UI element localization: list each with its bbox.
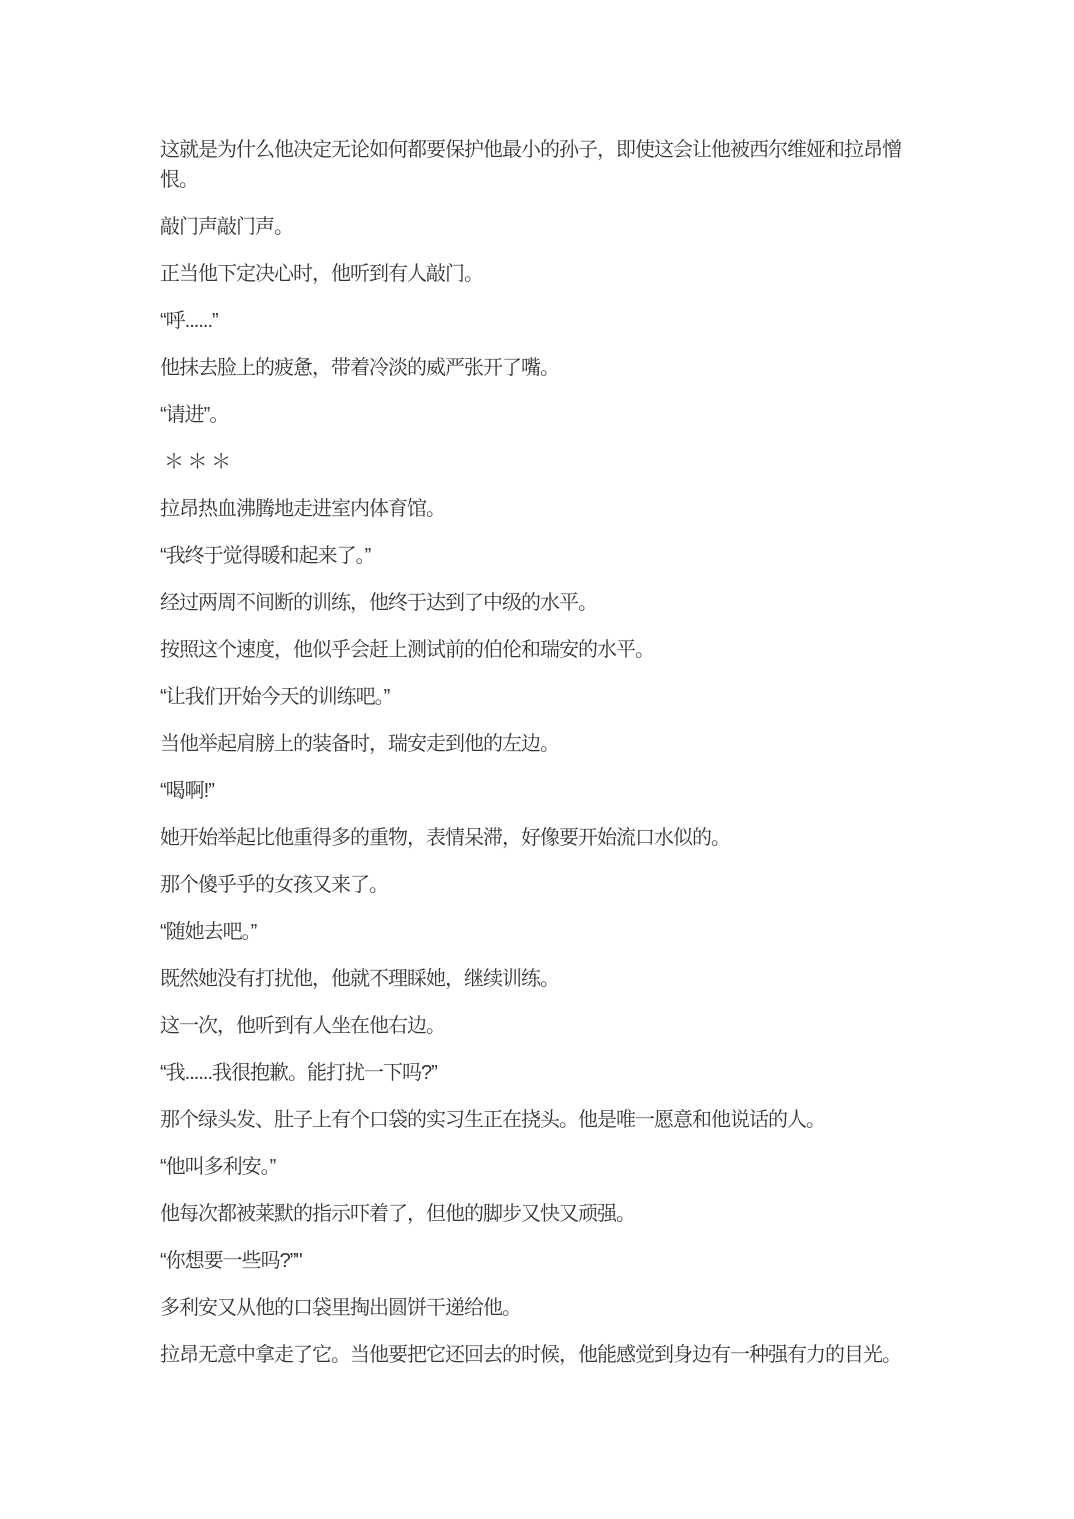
paragraph: 正当他下定决心时，他听到有人敲门。 xyxy=(160,259,926,289)
paragraph: 既然她没有打扰他，他就不理睬她，继续训练。 xyxy=(160,964,926,994)
paragraph: 经过两周不间断的训练，他终于达到了中级的水平。 xyxy=(160,588,926,618)
paragraph: 这就是为什么他决定无论如何都要保护他最小的孙子，即使这会让他被西尔维娅和拉昂憎恨… xyxy=(160,135,926,195)
paragraph: 多利安又从他的口袋里掏出圆饼干递给他。 xyxy=(160,1293,926,1323)
paragraph: “我终于觉得暖和起来了。” xyxy=(160,541,926,571)
paragraph: “让我们开始今天的训练吧。” xyxy=(160,682,926,712)
section-separator: ＊ ＊ ＊ xyxy=(160,447,926,477)
paragraph: “你想要一些吗?”" xyxy=(160,1246,926,1276)
paragraph: 敲门声敲门声。 xyxy=(160,212,926,242)
paragraph: 她开始举起比他重得多的重物，表情呆滞，好像要开始流口水似的。 xyxy=(160,823,926,853)
paragraph: 他每次都被莱默的指示吓着了，但他的脚步又快又顽强。 xyxy=(160,1199,926,1229)
paragraph: “他叫多利安。” xyxy=(160,1152,926,1182)
paragraph: 按照这个速度，他似乎会赶上测试前的伯伦和瑞安的水平。 xyxy=(160,635,926,665)
paragraph: “请进”。 xyxy=(160,400,926,430)
document-page: 这就是为什么他决定无论如何都要保护他最小的孙子，即使这会让他被西尔维娅和拉昂憎恨… xyxy=(0,0,1074,1519)
paragraph: “呼......” xyxy=(160,306,926,336)
paragraph: 这一次，他听到有人坐在他右边。 xyxy=(160,1011,926,1041)
paragraph: “随她去吧。” xyxy=(160,917,926,947)
paragraph: 拉昂热血沸腾地走进室内体育馆。 xyxy=(160,494,926,524)
paragraph: 拉昂无意中拿走了它。当他要把它还回去的时候，他能感觉到身边有一种强有力的目光。 xyxy=(160,1340,926,1370)
paragraph: 那个绿头发、肚子上有个口袋的实习生正在挠头。他是唯一愿意和他说话的人。 xyxy=(160,1105,926,1135)
paragraph: “喝啊!” xyxy=(160,776,926,806)
paragraph: 当他举起肩膀上的装备时，瑞安走到他的左边。 xyxy=(160,729,926,759)
paragraph: “我......我很抱歉。能打扰一下吗?” xyxy=(160,1058,926,1088)
paragraph: 他抹去脸上的疲惫，带着冷淡的威严张开了嘴。 xyxy=(160,353,926,383)
page-content: 这就是为什么他决定无论如何都要保护他最小的孙子，即使这会让他被西尔维娅和拉昂憎恨… xyxy=(160,135,926,1387)
paragraph: 那个傻乎乎的女孩又来了。 xyxy=(160,870,926,900)
